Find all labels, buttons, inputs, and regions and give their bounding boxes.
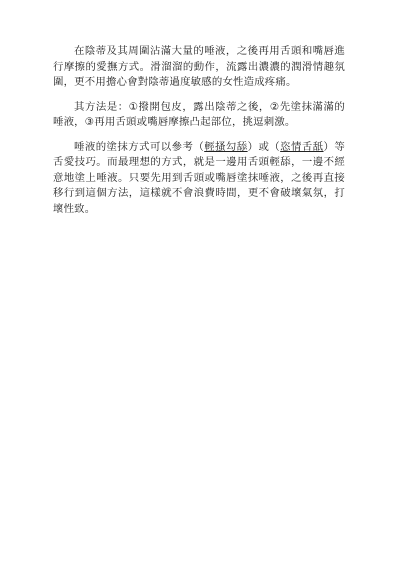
paragraph-method: 其方法是：①撥開包皮，露出陰蒂之後，②先塗抹滿滿的唾液，③再用舌頭或嘴唇摩擦凸起… bbox=[53, 100, 345, 131]
reference-link-1[interactable]: 輕搔勾舔 bbox=[204, 141, 247, 153]
document-page: 在陰蒂及其周圍沾滿大量的唾液，之後再用舌頭和嘴唇進行摩擦的愛撫方式。滑溜溜的動作… bbox=[53, 44, 345, 226]
paragraph-text-middle: ）或（ bbox=[248, 141, 281, 153]
paragraph-intro: 在陰蒂及其周圍沾滿大量的唾液，之後再用舌頭和嘴唇進行摩擦的愛撫方式。滑溜溜的動作… bbox=[53, 44, 345, 91]
reference-link-2[interactable]: 恣情舌舐 bbox=[280, 141, 323, 153]
paragraph-technique: 唾液的塗抹方式可以參考（輕搔勾舔）或（恣情舌舐）等舌愛技巧。而最理想的方式，就是… bbox=[53, 140, 345, 218]
paragraph-text-before: 唾液的塗抹方式可以參考（ bbox=[74, 141, 204, 153]
